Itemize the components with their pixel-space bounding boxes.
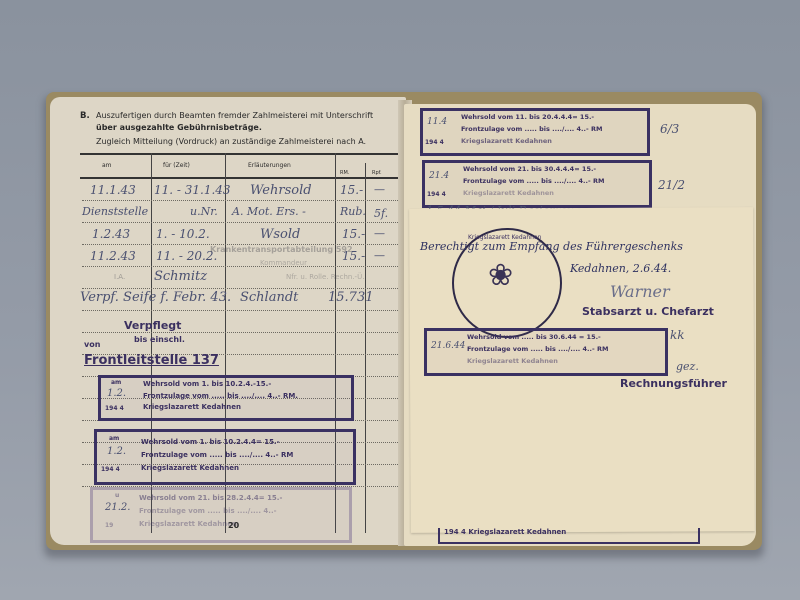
instruction-line-1: Auszufertigen durch Beamten fremder Zahl…: [96, 111, 373, 120]
frontleitstelle-stamp: Frontleitstelle 137: [84, 353, 219, 368]
row-rule: [82, 332, 402, 333]
row-text: Wsold: [260, 227, 300, 242]
stamp-lazarett: Kriegslazarett Kedahnen: [141, 464, 239, 472]
table-top-rule: [80, 153, 400, 155]
stamp-year: 194 4: [425, 139, 444, 146]
instruction-line-2: über ausgezahlte Gebührnisbeträge.: [96, 123, 262, 132]
stamp-frontzulage: Frontzulage vom ..... bis ..../.... 4..-: [139, 507, 277, 515]
wehrsold-stamp-faded: u 21.2. 19 Wehrsold vom 21. bis 28.2.4.4…: [90, 487, 352, 543]
stamp-frontzulage: Frontzulage vom ..... bis ..../.... 4..-…: [141, 451, 293, 459]
stamp-lazarett: Kriegslazarett Kedahnen: [467, 357, 558, 365]
row-text: Wehrsold: [250, 183, 312, 198]
eagle-emblem-icon: ❀: [488, 258, 513, 293]
stamp-lazarett: Kriegslazarett Kedahnen: [463, 189, 554, 197]
stamp-am: am: [111, 379, 121, 386]
note-line-1: Berechtigt zum Empfang des Führergeschen…: [420, 240, 683, 253]
table-header-rule: [80, 177, 400, 179]
row-rule: [82, 222, 402, 223]
col-header-erlaeuterungen: Erläuterungen: [248, 162, 291, 169]
wehrsold-stamp: am 1.2. 194 4 Wehrsold vom 1. bis 10.2.4…: [94, 429, 356, 485]
row-rm: 15.-: [342, 227, 365, 241]
stamp-frontzulage: Frontzulage vom ..... bis ..../.... 4..-…: [467, 345, 608, 353]
stamp-year: 19: [105, 522, 113, 529]
stamp-wehrsold: Wehrsold vom ..... bis 30.6.44 = 15.-: [467, 333, 601, 341]
row-rule: [82, 288, 402, 289]
stamp-frontzulage: Frontzulage vom ..... bis ..../.... 4..-…: [143, 392, 298, 400]
row-am: I.A.: [114, 273, 125, 281]
section-letter: B.: [80, 111, 90, 121]
row-am: 11.2.43: [90, 249, 136, 263]
bis-label: bis einschl.: [134, 335, 185, 344]
row-zeit: 1. - 10.2.: [156, 227, 210, 241]
faded-stamp-line-1: Krankentransportabteilung 592: [210, 245, 353, 254]
col-header-am: am: [102, 162, 112, 169]
stamp-am: u: [115, 492, 119, 499]
stamp-wehrsold: Wehrsold vom 21. bis 30.4.4.4= 15.-: [463, 165, 596, 173]
rechnungsfuehrer-stamp: Rechnungsführer: [620, 377, 727, 390]
row-rpf: —: [374, 183, 385, 196]
faded-stamp-line-2: Kommandeur: [260, 259, 307, 267]
column-divider: [365, 163, 366, 533]
stamp-lazarett: Kriegslazarett Kedahnen: [139, 520, 237, 528]
title-stabsarzt: Stabsarzt u. Chefarzt: [582, 305, 714, 318]
note-line-2: Kedahnen, 2.6.44.: [570, 262, 671, 275]
stamp-year: 194 4: [105, 405, 124, 412]
wehrsold-stamp: 11.4 194 4 Wehrsold vom 11. bis 20.4.4.4…: [420, 108, 650, 156]
margin-note: 6/3: [660, 122, 679, 136]
von-label: von: [84, 340, 100, 349]
stamp-date: 11.4: [427, 117, 447, 127]
row-text: A. Mot. Ers. -: [232, 205, 306, 218]
stamp-frontzulage: Frontzulage vom ..... bis ..../.... 4..-…: [461, 125, 602, 133]
stamp-wehrsold: Wehrsold vom 11. bis 20.4.4.4= 15.-: [461, 113, 594, 121]
wehrsold-stamp: am 1.2. 194 4 Wehrsold vom 1. bis 10.2.4…: [98, 375, 354, 421]
row-rm: 15.731: [328, 290, 374, 305]
row-am: 11.1.43: [90, 183, 136, 197]
stamp-year: 194 4: [427, 191, 446, 198]
stamp-wehrsold: Wehrsold vom 21. bis 28.2.4.4= 15.-: [139, 494, 282, 502]
row-am: Verpf. Seife f. Febr. 43.: [80, 290, 231, 305]
faded-stamp-line-3: Nfr. u. Rolle. Rechn.-Ü.: [286, 273, 364, 281]
wehrsold-stamp: 21.6.44 Wehrsold vom ..... bis 30.6.44 =…: [424, 328, 668, 376]
row-zeit: Schmitz: [154, 269, 207, 284]
wehrsold-stamp: 21.4 194 4 Wehrsold vom 21. bis 30.4.4.4…: [422, 160, 652, 208]
stamp-am: am: [109, 435, 119, 442]
margin-note: kk: [670, 328, 685, 342]
page-number: 20: [228, 521, 239, 530]
stamp-frontzulage: Frontzulage vom ..... bis ..../.... 4..-…: [463, 177, 604, 185]
instruction-line-3: Zugleich Mitteilung (Vordruck) an zustän…: [96, 137, 366, 146]
row-rule: [82, 266, 402, 267]
row-rpf: —: [374, 227, 385, 240]
row-rm: Rub.: [340, 205, 366, 218]
row-rm: 15.-: [340, 183, 363, 197]
row-zeit: 11. - 20.2.: [156, 249, 217, 263]
stamp-date: 21.6.44: [431, 341, 465, 351]
stamp-date: 21.2.: [105, 502, 130, 513]
signature: Warner: [610, 282, 670, 301]
stamp-year: 194 4: [101, 466, 120, 473]
row-zeit: u.Nr.: [190, 205, 218, 218]
row-am: Dienststelle: [82, 205, 148, 218]
row-rpf: 5f.: [374, 207, 388, 220]
left-page: B. Auszufertigen durch Beamten fremder Z…: [50, 97, 406, 545]
row-rule: [82, 200, 402, 201]
verpflegt-label: Verpflegt: [124, 319, 181, 332]
stamp-wehrsold: Wehrsold vom 1. bis 10.2.4.-15.-: [143, 380, 271, 388]
col-header-zeit: für (Zeit): [163, 162, 190, 169]
row-zeit: 11. - 31.1.43: [154, 183, 231, 197]
stamp-lazarett: Kriegslazarett Kedahnen: [143, 403, 241, 411]
under-slip-stamp: 194 4 Kriegslazarett Kedahnen: [438, 528, 700, 544]
row-rpf: —: [374, 249, 385, 262]
gez-note: gez.: [676, 360, 699, 373]
stamp-date: 21.4: [429, 171, 449, 181]
stamp-lazarett: Kriegslazarett Kedahnen: [461, 137, 552, 145]
margin-note: 21/2: [658, 178, 685, 192]
row-text: Schlandt: [240, 290, 298, 305]
col-header-rpf: Rpf.: [372, 170, 382, 176]
stamp-wehrsold: Wehrsold vom 1. bis 10.2.4.4= 15.-: [141, 438, 280, 446]
row-am: 1.2.43: [92, 227, 130, 241]
stamp-date: 1.2.: [107, 388, 126, 399]
row-rule: [82, 310, 402, 311]
col-header-rm: RM.: [340, 170, 349, 176]
under-slip-stamp-text: 194 4 Kriegslazarett Kedahnen: [444, 528, 566, 536]
stamp-date: 1.2.: [107, 446, 126, 457]
